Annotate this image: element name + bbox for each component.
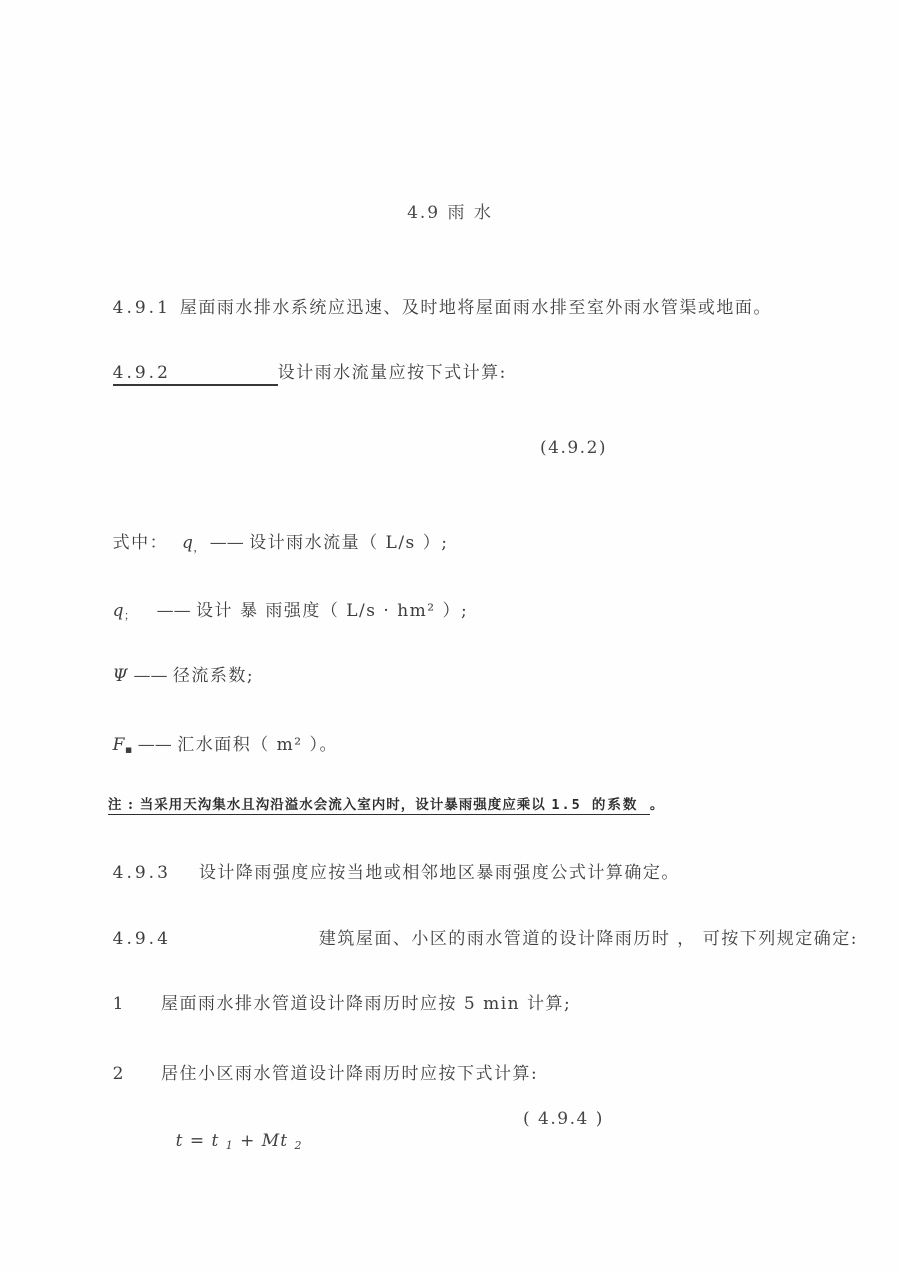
term-symbol: F xyxy=(113,735,125,755)
term-description: 设计 暴 雨强度（ L/s · hm² ）; xyxy=(196,601,468,621)
term-dash: —— xyxy=(204,533,249,553)
term-description: 设计雨水流量（ L/s ）; xyxy=(249,533,448,553)
document-page: 4.9 雨 水 4.9.1屋面雨水排水系统应迅速、及时地将屋面雨水排至室外雨水管… xyxy=(0,0,900,1273)
clause-4-9-1-label: 4.9.1 xyxy=(113,298,171,318)
formula-lhs: t = t xyxy=(176,1131,226,1151)
term-subscript: ； xyxy=(124,609,135,622)
term-symbol: Ψ xyxy=(113,666,128,686)
clause-4-9-4-text: 建筑屋面、小区的雨水管道的设计降雨历时 ， 可按下列规定确定: xyxy=(319,929,858,949)
note-prefix: 注 : xyxy=(108,797,140,815)
clause-4-9-2-label: 4.9.2 xyxy=(113,363,171,383)
clause-4-9-2: 4.9.2设计雨水流量应按下式计算: xyxy=(85,340,507,408)
clause-4-9-4: 4.9.4建筑屋面、小区的雨水管道的设计降雨历时 ， 可按下列规定确定: xyxy=(85,906,858,972)
note-body: 当采用天沟集水且沟沿溢水会流入室内时，设计暴雨强度应乘以 xyxy=(140,797,552,815)
term-description: 汇水面积（ m² ）。 xyxy=(177,735,338,755)
formula-subscript-1: 1 xyxy=(226,1139,234,1152)
where-term-fw: F▪ —— 汇水面积（ m² ）。 xyxy=(85,712,338,783)
item-number: 1 xyxy=(113,994,125,1014)
term-dash: —— xyxy=(128,666,173,686)
where-intro: 式中： xyxy=(113,533,182,553)
formula-number-4-9-4: ( 4.9.4 ) xyxy=(523,1108,604,1130)
formula-number-4-9-2: (4.9.2) xyxy=(540,437,607,459)
item-text: 屋面雨水排水管道设计降雨历时应按 5 min 计算; xyxy=(161,994,571,1014)
term-symbol: q xyxy=(113,601,124,621)
note-emphasis: 1.5 的系数 xyxy=(551,797,638,815)
note-line: 注 : 当采用天沟集水且沟沿溢水会流入室内时，设计暴雨强度应乘以 1.5 的系数… xyxy=(85,778,664,832)
where-term-qy: 式中： q， —— 设计雨水流量（ L/s ）; xyxy=(85,510,448,581)
note-terminator: 。 xyxy=(650,797,665,813)
item-number: 2 xyxy=(113,1064,125,1084)
clause-4-9-1: 4.9.1屋面雨水排水系统应迅速、及时地将屋面雨水排至室外雨水管渠或地面。 xyxy=(85,275,772,341)
where-term-qj: q； —— 设计 暴 雨强度（ L/s · hm² ）; xyxy=(85,578,468,649)
term-description: 径流系数; xyxy=(173,666,254,686)
clause-4-9-3-text: 设计降雨强度应按当地或相邻地区暴雨强度公式计算确定。 xyxy=(199,863,680,883)
term-dash: —— xyxy=(135,601,196,621)
term-dash: —— xyxy=(132,735,177,755)
clause-4-9-3-label: 4.9.3 xyxy=(113,863,171,883)
formula-subscript-2: 2 xyxy=(294,1139,302,1152)
clause-4-9-2-text: 设计雨水流量应按下式计算: xyxy=(278,363,507,383)
clause-4-9-4-label: 4.9.4 xyxy=(113,929,171,949)
clause-4-9-3: 4.9.3设计降雨强度应按当地或相邻地区暴雨强度公式计算确定。 xyxy=(85,840,680,906)
clause-4-9-1-text: 屋面雨水排水系统应迅速、及时地将屋面雨水排至室外雨水管渠或地面。 xyxy=(180,298,772,318)
formula-mid: + Mt xyxy=(234,1131,295,1151)
item-text: 居住小区雨水管道设计降雨历时应按下式计算: xyxy=(161,1064,538,1084)
list-item-1: 1屋面雨水排水管道设计降雨历时应按 5 min 计算; xyxy=(85,971,571,1037)
where-term-psi: Ψ —— 径流系数; xyxy=(85,643,254,714)
term-subscript: ， xyxy=(193,541,204,554)
formula-4-9-4-expression: t = t 1 + Mt 2 xyxy=(150,1108,302,1179)
list-item-2: 2居住小区雨水管道设计降雨历时应按下式计算: xyxy=(85,1041,538,1107)
section-title: 4.9 雨 水 xyxy=(0,202,900,224)
note-tail xyxy=(638,797,649,815)
term-symbol: q xyxy=(182,533,193,553)
